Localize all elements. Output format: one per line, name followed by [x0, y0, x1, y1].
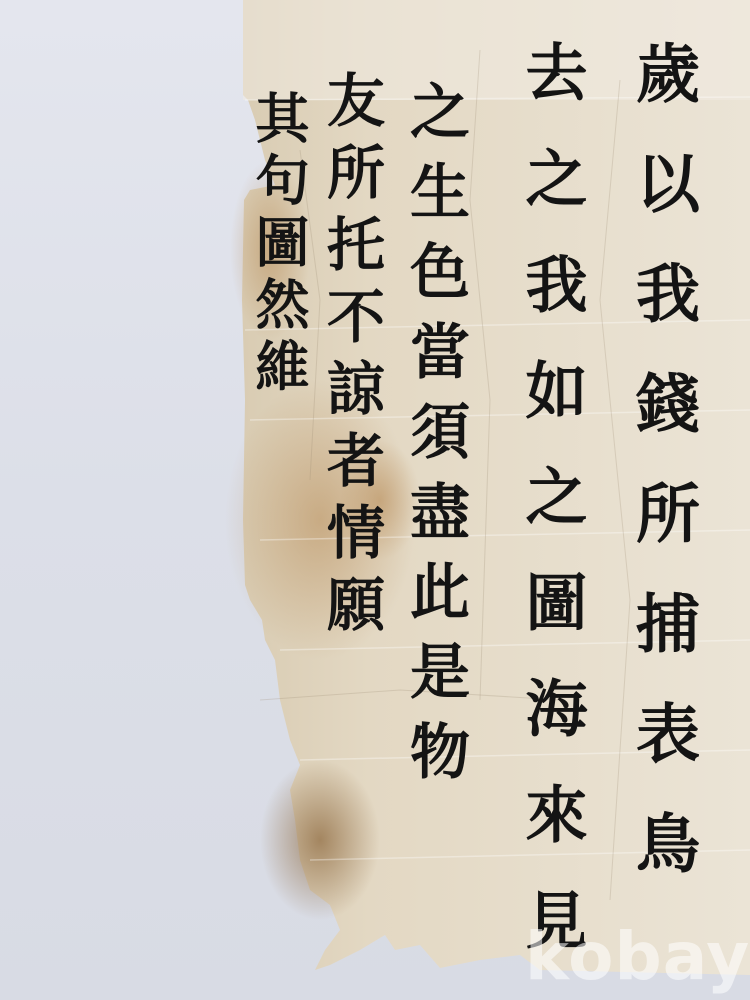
calligraphy-column-1: 其句圖然維	[252, 90, 306, 400]
calligraphy-column-2: 友所托不諒者情願	[322, 70, 380, 646]
calligraphy-column-4: 去之我如之圖海來見	[520, 40, 582, 994]
calligraphy-column-3: 之生色當須盡此是物	[405, 80, 465, 800]
watermark-text: kobay	[525, 918, 750, 995]
calligraphy-column-5: 歲以我錢所捕表鳥	[630, 40, 694, 920]
